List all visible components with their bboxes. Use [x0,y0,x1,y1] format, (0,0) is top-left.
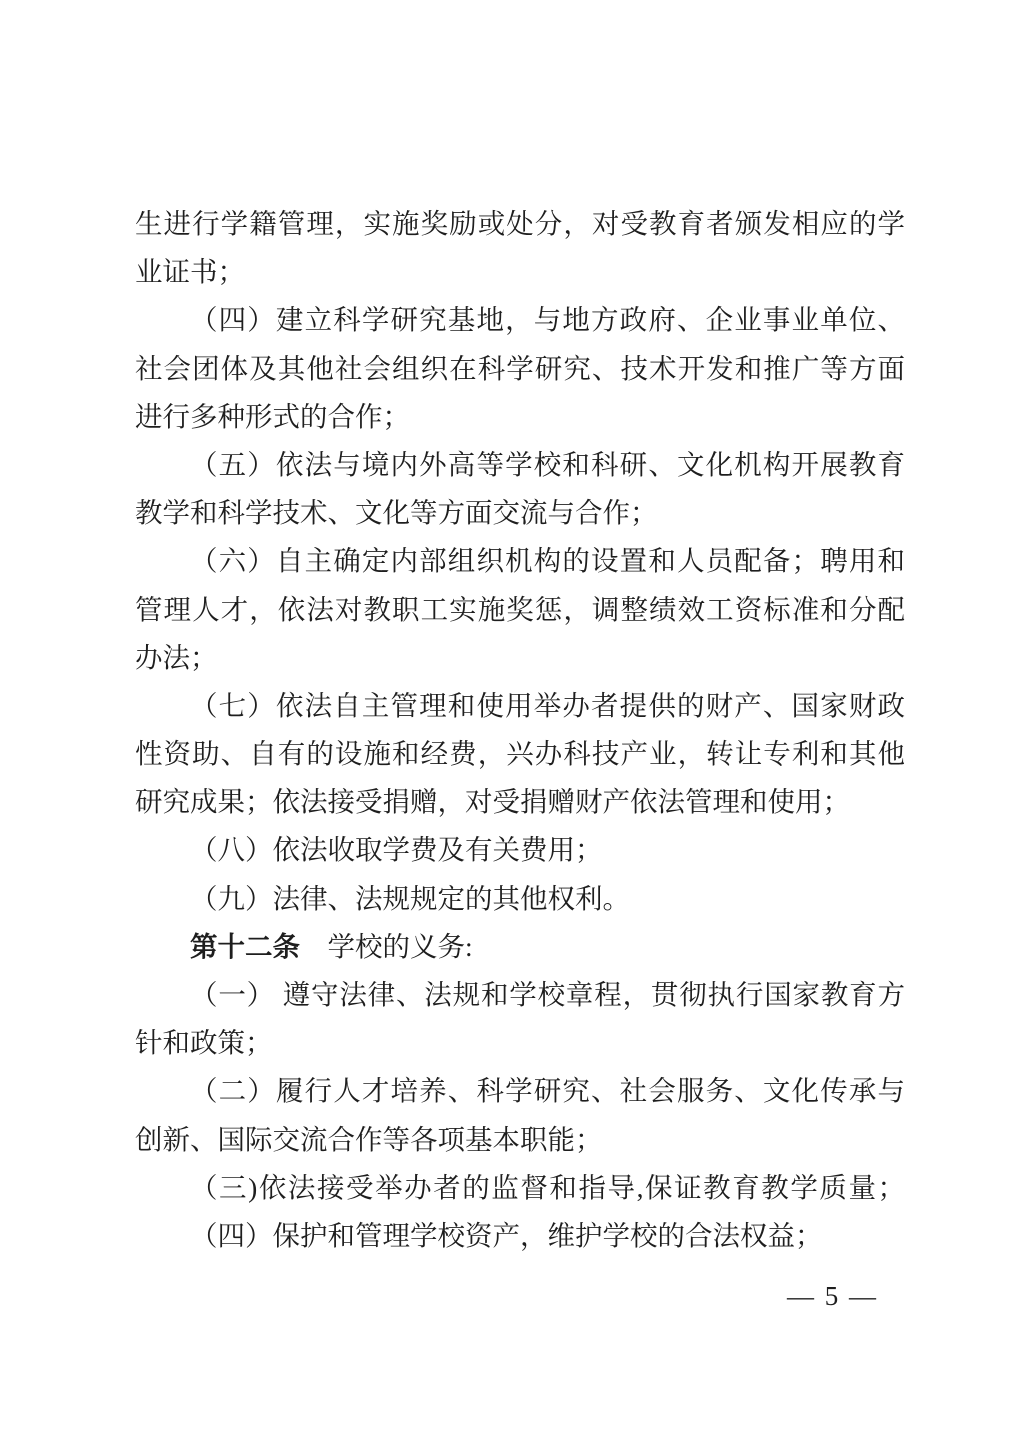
text-line: （七）依法自主管理和使用举办者提供的财产、国家财政 [135,682,905,730]
text-line: 针和政策； [135,1019,905,1067]
article-title: 学校的义务: [300,931,473,962]
text-line: （四）建立科学研究基地，与地方政府、企业事业单位、 [135,296,905,344]
text-line: 研究成果；依法接受捐赠，对受捐赠财产依法管理和使用； [135,778,905,826]
text-line: （一） 遵守法律、法规和学校章程，贯彻执行国家教育方 [135,971,905,1019]
text-line: 性资助、自有的设施和经费，兴办科技产业，转让专利和其他 [135,730,905,778]
document-page: 生进行学籍管理，实施奖励或处分，对受教育者颁发相应的学 业证书； （四）建立科学… [0,0,1024,1448]
text-line: 社会团体及其他社会组织在科学研究、技术开发和推广等方面 [135,345,905,393]
text-line: （九）法律、法规规定的其他权利。 [135,875,905,923]
text-line: 教学和科学技术、文化等方面交流与合作； [135,489,905,537]
text-line: （八）依法收取学费及有关费用； [135,826,905,874]
text-line: 生进行学籍管理，实施奖励或处分，对受教育者颁发相应的学 [135,200,905,248]
text-line: （三)依法接受举办者的监督和指导,保证教育教学质量； [135,1164,905,1212]
text-line: 创新、国际交流合作等各项基本职能； [135,1116,905,1164]
text-line: 办法； [135,634,905,682]
text-line: 业证书； [135,248,905,296]
page-number: — 5 — [787,1281,878,1312]
text-line: （六）自主确定内部组织机构的设置和人员配备；聘用和 [135,537,905,585]
article-heading-line: 第十二条 学校的义务: [135,923,905,971]
text-line: 管理人才，依法对教职工实施奖惩，调整绩效工资标准和分配 [135,586,905,634]
text-line: 进行多种形式的合作； [135,393,905,441]
text-line: （五）依法与境内外高等学校和科研、文化机构开展教育 [135,441,905,489]
text-line: （二）履行人才培养、科学研究、社会服务、文化传承与 [135,1067,905,1115]
text-line: （四）保护和管理学校资产，维护学校的合法权益； [135,1212,905,1260]
document-body: 生进行学籍管理，实施奖励或处分，对受教育者颁发相应的学 业证书； （四）建立科学… [135,200,905,1260]
article-number: 第十二条 [190,931,300,962]
